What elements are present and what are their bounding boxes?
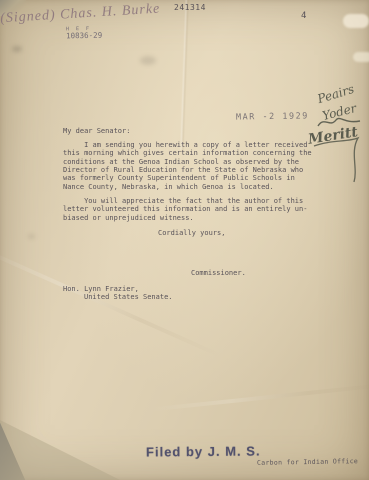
date-received-stamp: MAR -2 1929 <box>236 111 309 122</box>
paper-crease <box>179 0 189 150</box>
letter-page: 241314 4 H E F 10836-29 MAR -2 1929 Peai… <box>0 0 369 480</box>
body-line: letter volunteered this information and … <box>63 205 307 213</box>
file-number-stamp: H E F 10836-29 <box>66 27 102 40</box>
paper-crease <box>0 247 220 356</box>
paper-crease <box>150 382 369 411</box>
ink-smudge <box>140 56 156 65</box>
file-stamp-number: 10836-29 <box>66 32 102 40</box>
body-line: You will appreciate the fact that the au… <box>63 197 307 205</box>
filed-by-stamp: Filed by J. M. S. <box>146 444 261 460</box>
salutation: My dear Senator: <box>63 127 130 135</box>
signature-title: Commissioner. <box>191 269 246 277</box>
paper-highlight <box>353 52 369 62</box>
body-line: I am sending you herewith a copy of a le… <box>63 141 312 149</box>
ink-smudge <box>28 234 35 239</box>
carbon-copy-note: Carbon for Indian Office <box>257 457 358 467</box>
closing-phrase: Cordially yours, <box>158 229 225 237</box>
letter-paragraph-2: You will appreciate the fact that the au… <box>63 197 307 222</box>
body-line: conditions at the Genoa Indian School as… <box>63 158 312 166</box>
body-line: this morning which gives certain informa… <box>63 149 312 157</box>
addressee-org: United States Senate. <box>84 293 173 301</box>
letter-paragraph-1: I am sending you herewith a copy of a le… <box>63 141 312 191</box>
paper-highlight <box>343 14 369 28</box>
addressee-name: Hon. Lynn Frazier, <box>63 285 139 293</box>
ink-smudge <box>12 46 22 52</box>
page-number: 4 <box>301 11 306 21</box>
body-line: biased or unprejudiced witness. <box>63 214 307 222</box>
body-line: was formerly County Superintendent of Pu… <box>63 174 312 182</box>
body-line: Nance County, Nebraska, in which Genoa i… <box>63 183 312 191</box>
body-line: Director of Rural Education for the Stat… <box>63 166 312 174</box>
scanned-letter: 241314 4 H E F 10836-29 MAR -2 1929 Peai… <box>0 0 369 480</box>
